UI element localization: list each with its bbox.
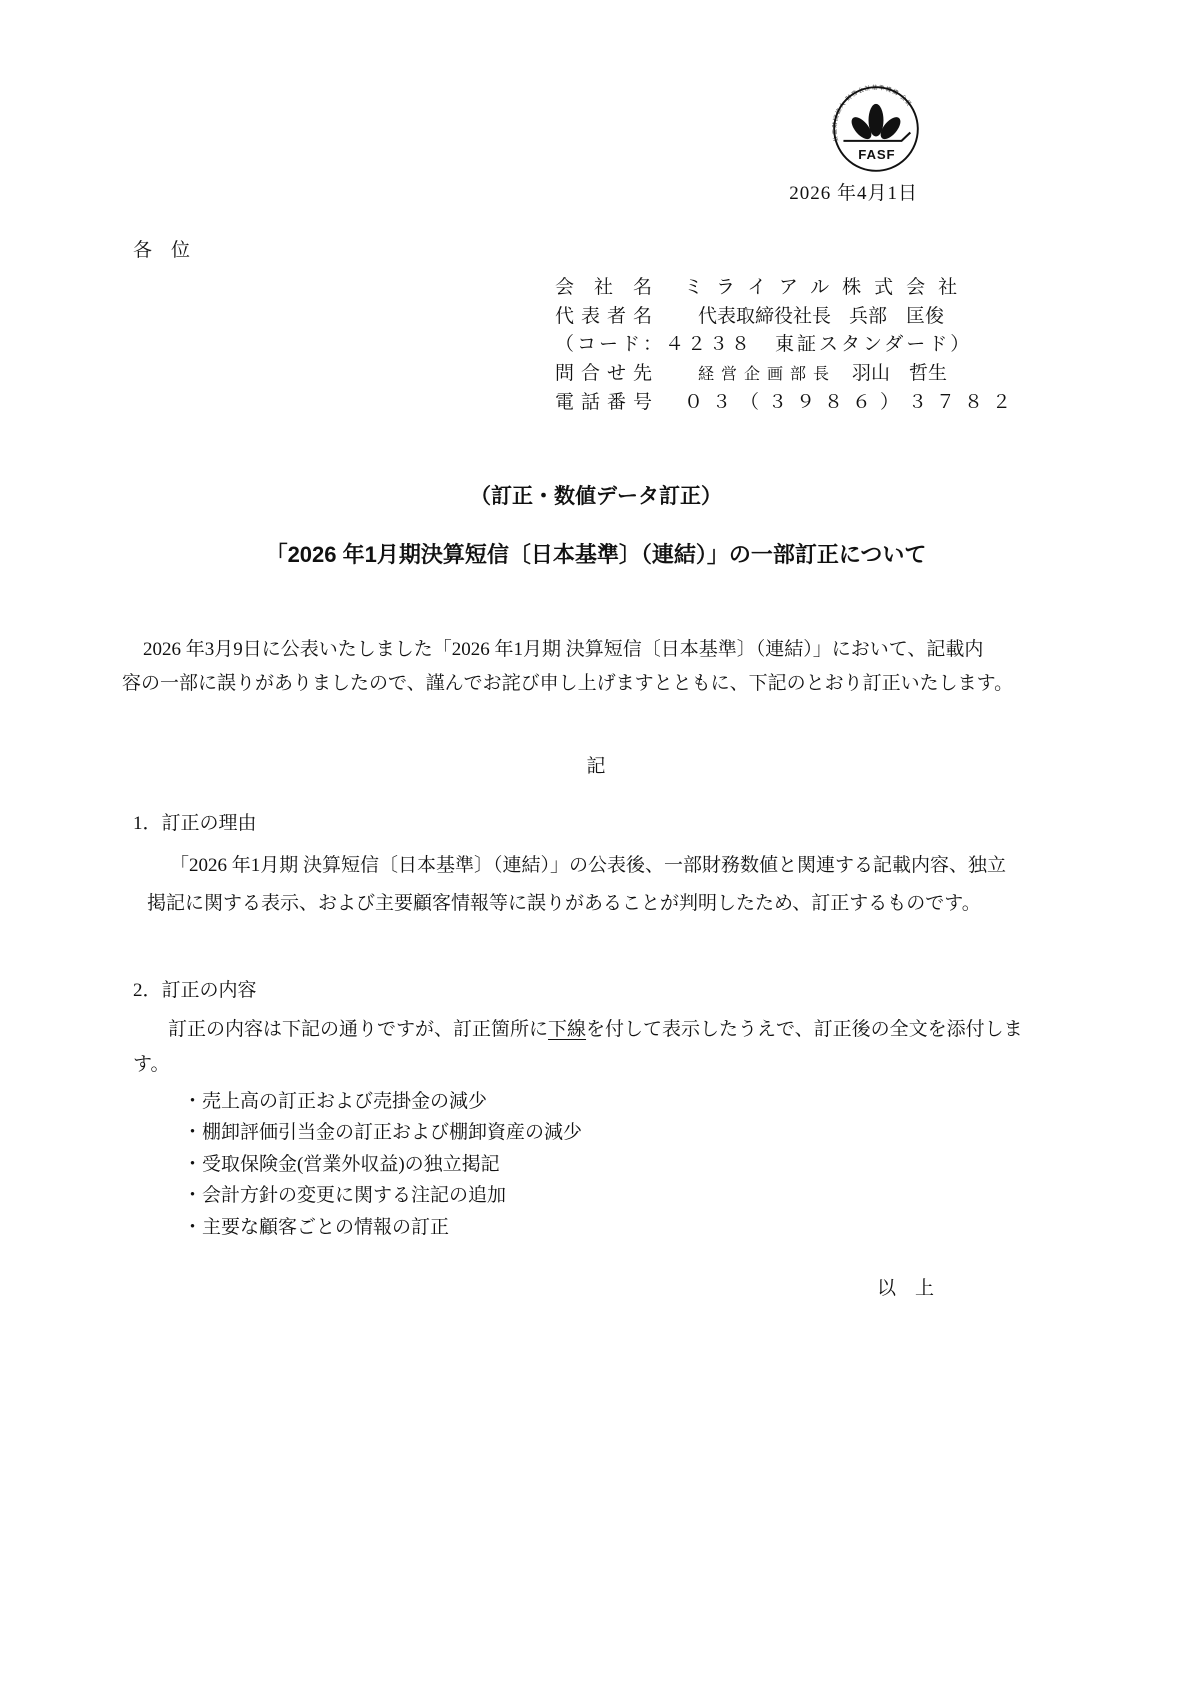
representative-label: 代表者名 [555,303,652,332]
closing-mark: 以 上 [122,1273,1070,1300]
correction-items-list: ・売上高の訂正および売掛金の減少 ・棚卸評価引当金の訂正および棚卸資産の減少 ・… [183,1086,1070,1244]
telephone-line: 電話番号０３（３９８６）３７８２ [555,389,1070,418]
section-2-line-1-post: を付して表示したうえで、訂正後の全文を添付しま [586,1019,1023,1040]
correction-item: ・会計方針の変更に関する注記の追加 [183,1180,1070,1212]
section-2-body: 訂正の内容は下記の通りですが、訂正箇所に下線を付して表示したうえで、訂正後の全文… [133,1012,1070,1244]
stock-code-value: （コード：４２３８ 東証スタンダード） [555,334,972,355]
telephone-number: ０３（３９８６）３７８２ [684,392,1020,413]
document-page: 公益財団法人 財務会計基準機構 会員 FASF 2026 年4月1日 各 位 会… [0,0,1191,1684]
intro-line-1: 2026 年3月9日に公表いたしました「2026 年1月期 決算短信〔日本基準〕… [122,633,1070,667]
document-date: 2026 年4月1日 [122,178,1070,205]
section-2-line-1: 訂正の内容は下記の通りですが、訂正箇所に下線を付して表示したうえで、訂正後の全文… [133,1012,1070,1047]
section-2-line-1-pre: 訂正の内容は下記の通りですが、訂正箇所に [168,1019,548,1040]
stock-code-line: （コード：４２３８ 東証スタンダード） [555,331,1070,360]
representative-name: 兵部 匡俊 [849,306,944,327]
correction-item: ・受取保険金(営業外収益)の独立掲記 [183,1149,1070,1181]
fasf-acronym: FASF [858,147,895,162]
correction-type-heading: （訂正・数値データ訂正） [122,480,1070,510]
intro-paragraph: 2026 年3月9日に公表いたしました「2026 年1月期 決算短信〔日本基準〕… [122,633,1070,701]
salutation: 各 位 [133,235,1070,262]
contact-line: 問合せ先経営企画部長羽山 哲生 [555,360,1070,390]
section-1-body: 「2026 年1月期 決算短信〔日本基準〕（連結）」の公表後、一部財務数値と関連… [147,847,1070,923]
company-name-line: 会社名ミライアル株式会社 [555,274,1070,303]
correction-item: ・棚卸評価引当金の訂正および棚卸資産の減少 [183,1117,1070,1149]
representative-line: 代表者名代表取締役社長兵部 匡俊 [555,303,1070,332]
logo-row: 公益財団法人 財務会計基準機構 会員 FASF [122,0,1070,174]
contact-label: 問合せ先 [555,360,652,389]
correction-item: ・売上高の訂正および売掛金の減少 [183,1086,1070,1118]
section-2-line-2: す。 [133,1047,1070,1082]
company-name-label: 会社名 [555,274,652,303]
correction-item: ・主要な顧客ごとの情報の訂正 [183,1212,1070,1244]
document-title: 「2026 年1月期決算短信〔日本基準〕（連結）」の一部訂正について [122,538,1070,569]
company-name-value: ミライアル株式会社 [684,277,970,298]
telephone-label: 電話番号 [555,389,652,418]
intro-line-2: 容の一部に誤りがありましたので、謹んでお詫び申し上げますとともに、下記のとおり訂… [122,667,1070,701]
company-info: 会社名ミライアル株式会社 代表者名代表取締役社長兵部 匡俊 （コード：４２３８ … [555,274,1070,418]
section-1-heading: 1．訂正の理由 [133,808,1070,835]
section-1-line-1: 「2026 年1月期 決算短信〔日本基準〕（連結）」の公表後、一部財務数値と関連… [147,847,1070,885]
section-2-underlined-word: 下線 [548,1019,586,1040]
section-2-heading: 2．訂正の内容 [133,975,1070,1002]
ki-marker: 記 [122,751,1070,778]
fasf-logo-icon: 公益財団法人 財務会計基準機構 会員 FASF [832,84,920,174]
contact-person-name: 羽山 哲生 [852,363,947,384]
section-1-line-2: 掲記に関する表示、および主要顧客情報等に誤りがあることが判明したため、訂正するも… [147,885,1070,923]
contact-department: 経営企画部長 [698,366,836,383]
representative-title: 代表取締役社長 [698,306,831,327]
